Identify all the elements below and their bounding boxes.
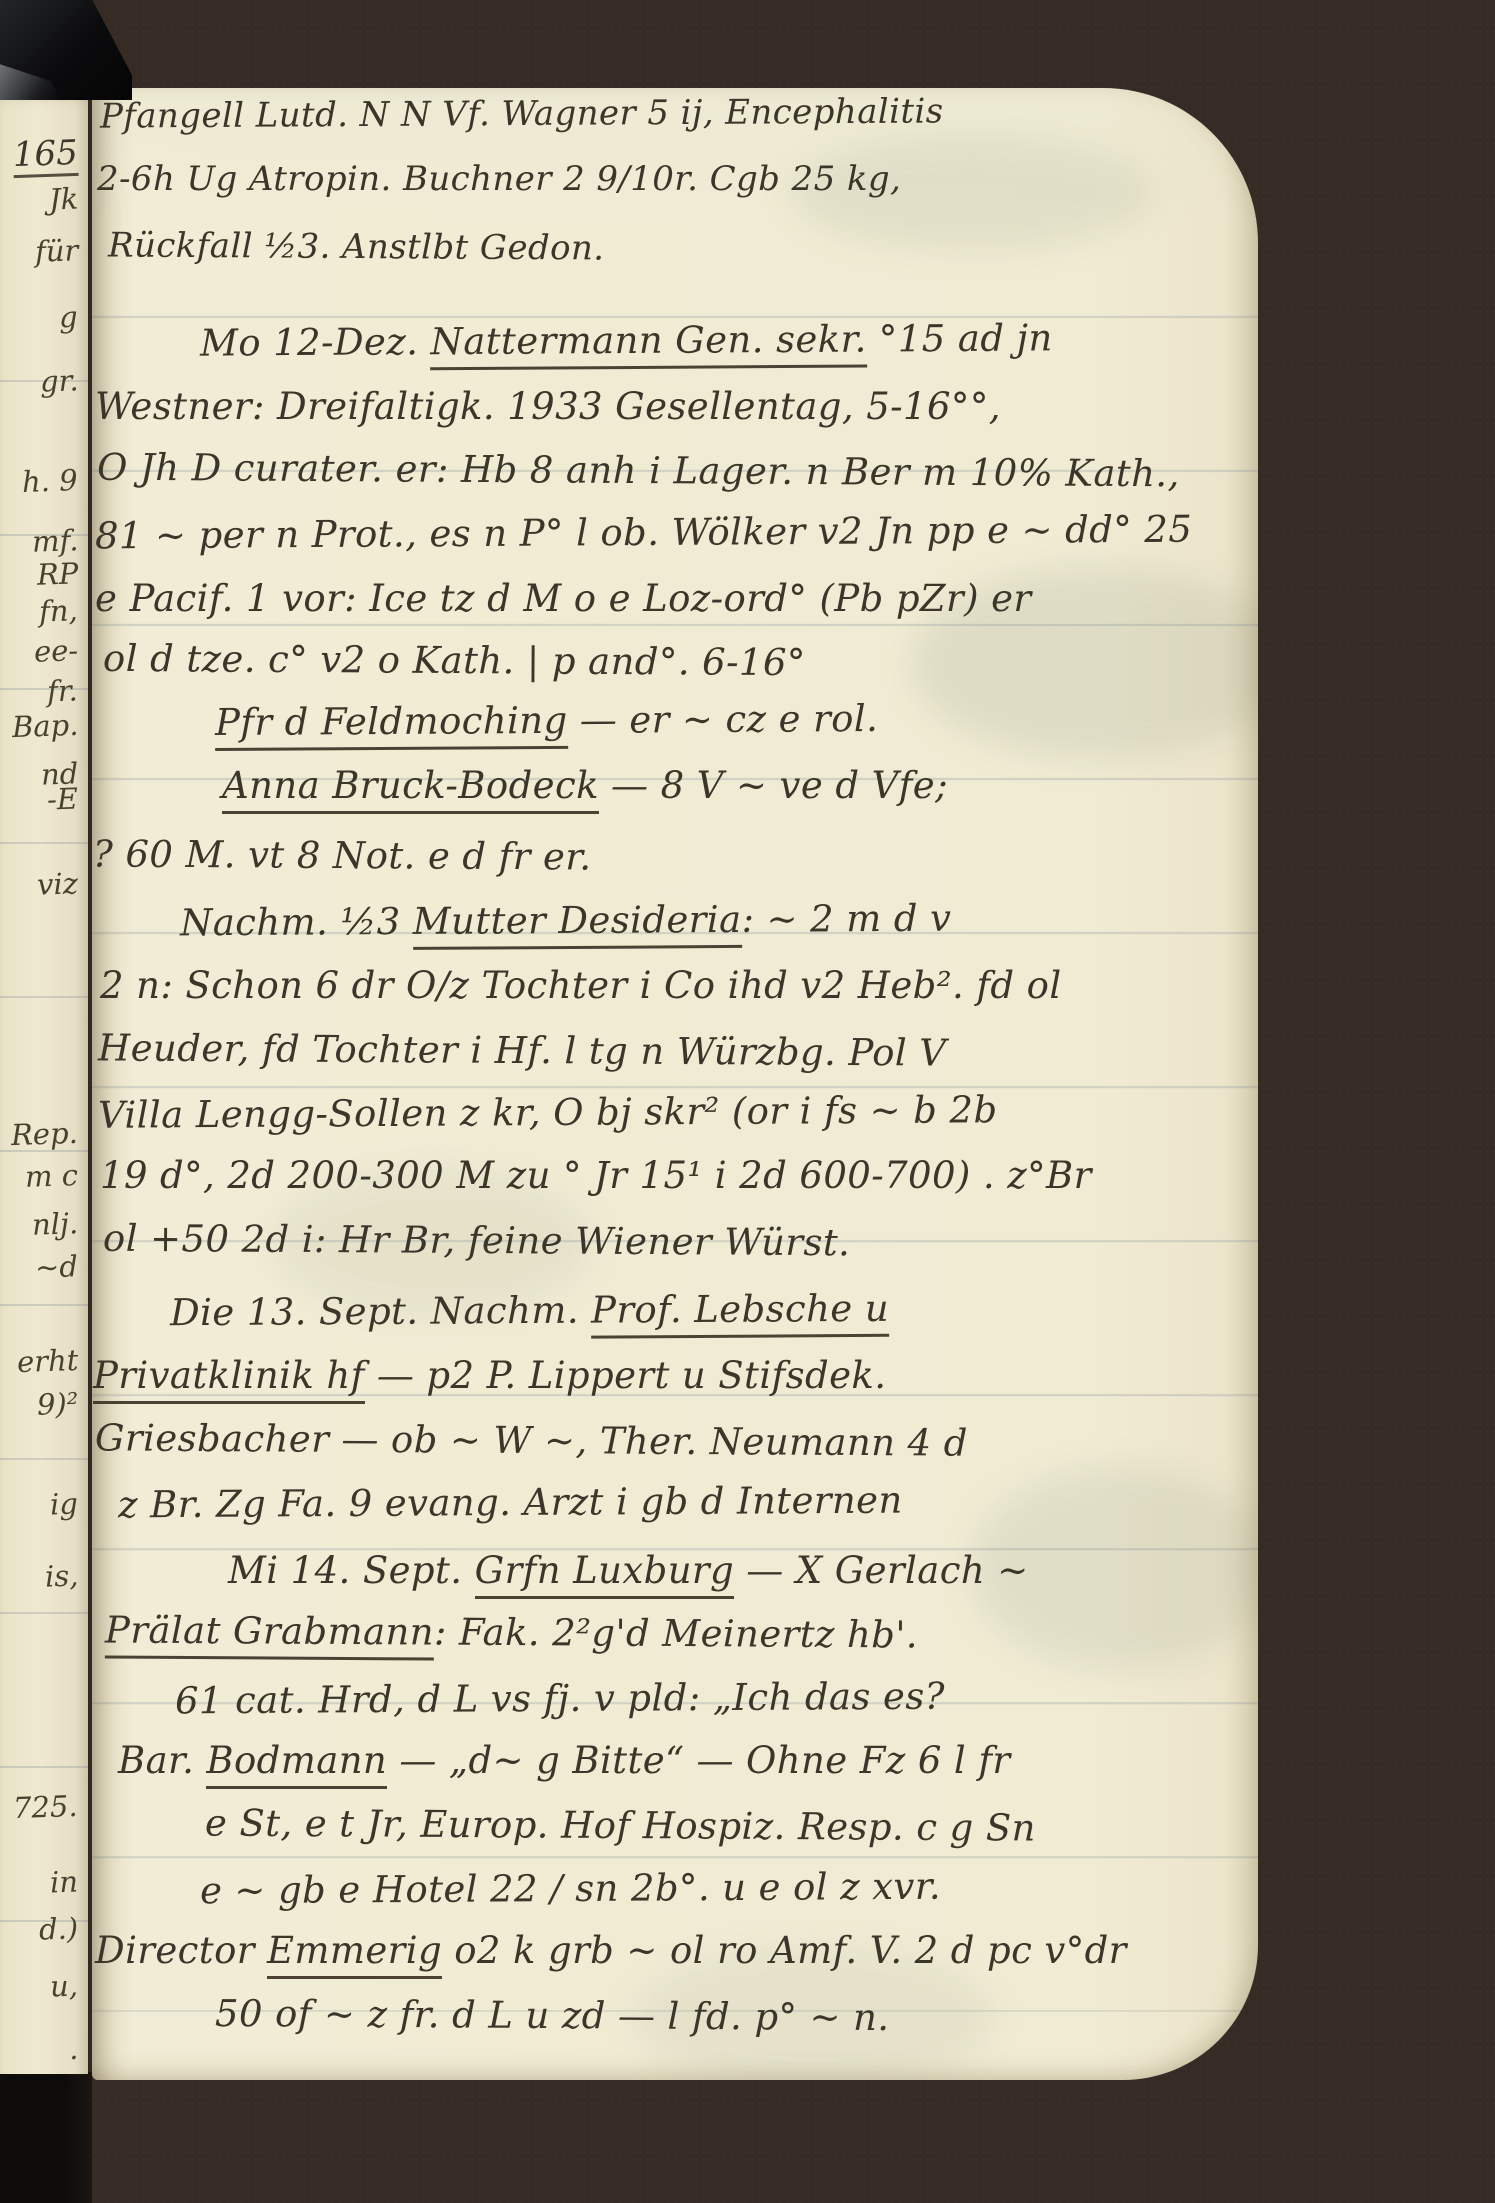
handwriting-segment: 2-6h Ug Atropin. Buchner 2 9/10r. Cgb 25… — [97, 159, 901, 199]
handwriting-segment: e Pacif. 1 vor: Ice tz d M o e Loz-ord° … — [95, 577, 1032, 620]
margin-fragment: Jk — [48, 184, 78, 214]
handwritten-line: Director Emmerig o2 k grb ~ ol ro Amf. V… — [95, 1930, 1127, 1973]
handwriting-segment: z Br. Zg Fa. 9 evang. Arzt i gb d Intern… — [118, 1479, 903, 1527]
handwriting-segment: °15 ad jn — [867, 316, 1053, 360]
handwriting-segment: Griesbacher — ob ~ W ~, Ther. Neumann 4 … — [95, 1416, 968, 1464]
handwritten-line: 19 d°, 2d 200-300 M zu ° Jr 15¹ i 2d 600… — [100, 1155, 1092, 1198]
handwriting-segment: Pfangell Lutd. N N Vf. Wagner 5 ij, Ence… — [100, 91, 944, 136]
margin-fragment: u, — [50, 1972, 79, 2002]
handwriting-segment: Die 13. Sept. Nachm. — [170, 1289, 591, 1335]
handwriting-segment: Heuder, fd Tochter i Hf. l tg n Würzbg. … — [98, 1026, 947, 1074]
handwriting-segment: — X Gerlach ~ — [734, 1549, 1029, 1592]
handwriting-segment: — 8 V ~ ve d Vfe; — [599, 764, 948, 807]
underlined-phrase: Prälat Grabmann — [105, 1609, 434, 1661]
margin-fragment: -E — [47, 784, 79, 814]
handwritten-line: 2-6h Ug Atropin. Buchner 2 9/10r. Cgb 25… — [97, 160, 901, 199]
handwriting-segment: 50 of ~ z fr. d L u zd — l fd. p° ~ n. — [215, 1992, 890, 2039]
handwriting-segment: Rückfall ½3. Anstlbt Gedon. — [108, 225, 605, 268]
handwritten-line: e ~ gb e Hotel 22 / sn 2b°. u e ol z xvr… — [200, 1866, 941, 1913]
margin-fragment: . — [68, 2035, 78, 2064]
margin-fragment: h. 9 — [22, 466, 79, 497]
margin-fragment: d.) — [38, 1914, 78, 1944]
handwritten-line: ol d tze. c° v2 o Kath. | p and°. 6-16° — [103, 638, 806, 685]
margin-fragment: fn, — [39, 596, 79, 626]
handwriting-segment: ol +50 2d i: Hr Br, feine Wiener Würst. — [103, 1217, 851, 1265]
handwriting-segment: Villa Lengg-Sollen z kr, O bj skr² (or i… — [98, 1088, 998, 1136]
book-cover-corner — [0, 0, 132, 100]
handwriting-segment: 2 n: Schon 6 dr O/z Tochter i Co ihd v2 … — [100, 964, 1062, 1007]
handwritten-line: 2 n: Schon 6 dr O/z Tochter i Co ihd v2 … — [100, 965, 1062, 1008]
handwriting-segment: e St, e t Jr, Europ. Hof Hospiz. Resp. c… — [205, 1801, 1036, 1849]
handwritten-line: Prälat Grabmann: Fak. 2²g'd Meinertz hb'… — [105, 1610, 918, 1658]
underlined-phrase: Privatklinik hf — [93, 1354, 365, 1404]
handwriting-segment: ol d tze. c° v2 o Kath. | p and°. 6-16° — [103, 637, 806, 684]
handwriting-segment: 61 cat. Hrd, d L vs fj. v pld: „Ich das … — [175, 1675, 945, 1723]
handwriting-segment: Bar. — [118, 1739, 206, 1782]
handwriting-segment: e ~ gb e Hotel 22 / sn 2b°. u e ol z xvr… — [200, 1865, 941, 1913]
handwritten-line: 61 cat. Hrd, d L vs fj. v pld: „Ich das … — [175, 1676, 945, 1723]
handwritten-line: Pfr d Feldmoching — er ~ cz e rol. — [215, 698, 878, 745]
handwritten-line: Anna Bruck-Bodeck — 8 V ~ ve d Vfe; — [222, 765, 948, 808]
handwriting-segment: Nachm. ½3 — [180, 900, 413, 944]
underlined-phrase: Emmerig — [267, 1929, 442, 1979]
margin-fragment: in — [50, 1868, 79, 1898]
margin-fragment: gr. — [39, 366, 78, 396]
handwritten-line: Villa Lengg-Sollen z kr, O bj skr² (or i… — [98, 1089, 998, 1137]
margin-fragment: nlj. — [31, 1209, 78, 1240]
margin-fragment: fr. — [47, 676, 79, 706]
margin-fragment: mf. — [31, 526, 78, 557]
handwritten-line: e St, e t Jr, Europ. Hof Hospiz. Resp. c… — [205, 1802, 1036, 1850]
underlined-phrase: Anna Bruck-Bodeck — [222, 764, 599, 814]
handwriting-segment: o2 k grb ~ ol ro Amf. V. 2 d pc v°dr — [442, 1929, 1127, 1972]
handwritten-line: O Jh D curater. er: Hb 8 anh i Lager. n … — [97, 447, 1180, 496]
handwritten-line: Mi 14. Sept. Grfn Luxburg — X Gerlach ~ — [228, 1550, 1029, 1593]
handwriting-segment: : ~ 2 m d v — [741, 897, 951, 941]
handwritten-line: 81 ~ per n Prot., es n P° l ob. Wölker v… — [95, 509, 1192, 558]
photo-of-diary-page: { "document": { "kind": "handwritten dia… — [0, 0, 1495, 2203]
handwriting-segment: — p2 P. Lippert u Stifsdek. — [365, 1354, 887, 1397]
handwriting-segment: O Jh D curater. er: Hb 8 anh i Lager. n … — [97, 446, 1180, 496]
handwriting-segment: : Fak. 2²g'd Meinertz hb'. — [434, 1611, 918, 1657]
margin-fragment: viz — [37, 869, 79, 899]
margin-fragment: ee- — [33, 636, 78, 667]
margin-fragment: 9)² — [36, 1389, 78, 1419]
handwritten-line: Privatklinik hf — p2 P. Lippert u Stifsd… — [93, 1355, 886, 1398]
underlined-phrase: Mutter Desideria — [413, 898, 742, 950]
margin-fragment: ~d — [35, 1252, 79, 1282]
underlined-phrase: Pfr d Feldmoching — [215, 699, 568, 751]
margin-fragment: m c — [25, 1161, 79, 1192]
underlined-phrase: Prof. Lebsche u — [591, 1287, 889, 1339]
handwriting-segment: Westner: Dreifaltigk. 1933 Gesellentag, … — [95, 385, 1001, 428]
underlined-phrase: Nattermann Gen. sekr. — [430, 318, 867, 371]
underlined-phrase: Grfn Luxburg — [475, 1549, 734, 1599]
handwritten-line: Mo 12-Dez. Nattermann Gen. sekr. °15 ad … — [200, 317, 1053, 365]
page-number: 165 — [12, 136, 78, 178]
margin-fragment: erht — [16, 1346, 78, 1377]
handwritten-line: Griesbacher — ob ~ W ~, Ther. Neumann 4 … — [95, 1417, 968, 1465]
margin-fragment: g — [59, 303, 79, 333]
margin-fragment: 725. — [13, 1792, 79, 1823]
underlined-phrase: Bodmann — [206, 1739, 387, 1789]
handwritten-line: Die 13. Sept. Nachm. Prof. Lebsche u — [170, 1288, 889, 1335]
margin-fragment: Bap. — [11, 711, 78, 742]
handwritten-line: Nachm. ½3 Mutter Desideria: ~ 2 m d v — [180, 898, 952, 945]
handwritten-line: ol +50 2d i: Hr Br, feine Wiener Würst. — [103, 1218, 851, 1265]
margin-fragment: is, — [44, 1561, 78, 1591]
handwritten-line: e Pacif. 1 vor: Ice tz d M o e Loz-ord° … — [95, 578, 1032, 621]
margin-fragment: für — [34, 236, 78, 266]
handwriting-segment: 81 ~ per n Prot., es n P° l ob. Wölker v… — [95, 508, 1192, 558]
handwritten-line: z Br. Zg Fa. 9 evang. Arzt i gb d Intern… — [118, 1480, 903, 1527]
book-cover-bottom-edge — [0, 2072, 92, 2203]
margin-fragment: RP — [36, 559, 78, 589]
handwritten-line: 50 of ~ z fr. d L u zd — l fd. p° ~ n. — [215, 1993, 890, 2040]
manuscript-page: Pfangell Lutd. N N Vf. Wagner 5 ij, Ence… — [92, 88, 1258, 2080]
handwriting-segment: 19 d°, 2d 200-300 M zu ° Jr 15¹ i 2d 600… — [100, 1154, 1092, 1197]
handwritten-line: ? 60 M. vt 8 Not. e d fr er. — [93, 833, 592, 879]
handwriting-segment: — er ~ cz e rol. — [567, 697, 878, 742]
handwriting-segment: Mo 12-Dez. — [200, 320, 431, 364]
handwritten-line: Westner: Dreifaltigk. 1933 Gesellentag, … — [95, 386, 1001, 429]
handwritten-line: Pfangell Lutd. N N Vf. Wagner 5 ij, Ence… — [100, 92, 944, 136]
handwriting-segment: — „d~ g Bitte“ — Ohne Fz 6 l fr — [387, 1739, 1010, 1782]
facing-page-edge: 165Jkfürggr.h. 9mf.RPfn,ee-fr.Bap.nd-Evi… — [0, 88, 88, 2074]
handwritten-line: Bar. Bodmann — „d~ g Bitte“ — Ohne Fz 6 … — [118, 1740, 1011, 1783]
handwritten-line: Heuder, fd Tochter i Hf. l tg n Würzbg. … — [98, 1027, 947, 1075]
handwriting-segment: Director — [95, 1929, 267, 1972]
handwriting-segment: Mi 14. Sept. — [228, 1549, 475, 1592]
handwriting-segment: ? 60 M. vt 8 Not. e d fr er. — [93, 832, 592, 878]
margin-fragment: ig — [50, 1490, 79, 1520]
handwritten-line: Rückfall ½3. Anstlbt Gedon. — [108, 226, 605, 268]
margin-fragment: Rep. — [11, 1119, 79, 1150]
